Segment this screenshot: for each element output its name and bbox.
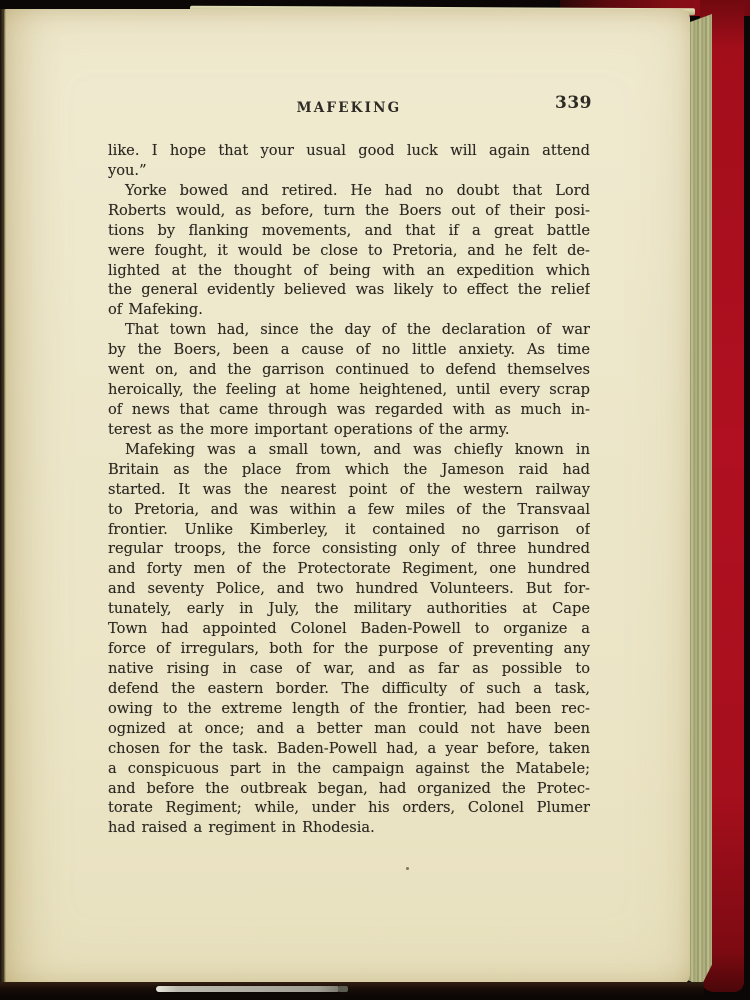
text-line: had raised a regiment in Rhodesia. xyxy=(108,818,590,838)
text-line: the general evidently believed was likel… xyxy=(108,280,590,300)
text-line: heroically, the feeling at home heighten… xyxy=(108,380,590,400)
text-line: owing to the extreme length of the front… xyxy=(108,699,590,719)
text-line: of Mafeking. xyxy=(108,300,590,320)
text-line: tions by flanking movements, and that if… xyxy=(108,221,590,241)
text-line: Mafeking was a small town, and was chief… xyxy=(108,440,590,460)
text-line: started. It was the nearest point of the… xyxy=(108,480,590,500)
text-line: tunately, early in July, the military au… xyxy=(108,599,590,619)
text-line: and seventy Police, and two hundred Volu… xyxy=(108,579,590,599)
text-line: went on, and the garrison continued to d… xyxy=(108,360,590,380)
text-line: a conspicuous part in the campaign again… xyxy=(108,759,590,779)
book-cradle-bar xyxy=(156,986,340,992)
text-line: you.” xyxy=(108,161,590,181)
text-line: ognized at once; and a better man could … xyxy=(108,719,590,739)
text-line: native rising in case of war, and as far… xyxy=(108,659,590,679)
running-title: MAFEKING xyxy=(297,100,402,116)
book-page: MAFEKING 339 like. I hope that your usua… xyxy=(4,9,690,986)
page-number: 339 xyxy=(555,93,592,113)
text-line: and before the outbreak began, had organ… xyxy=(108,779,590,799)
text-line: regular troops, the force consisting onl… xyxy=(108,539,590,559)
scanner-bed xyxy=(0,982,704,1000)
paragraph: That town had, since the day of the decl… xyxy=(108,320,590,440)
paragraph: Yorke bowed and retired. He had no doubt… xyxy=(108,181,590,320)
scanned-book-photo: MAFEKING 339 like. I hope that your usua… xyxy=(0,0,750,1000)
text-line: torate Regiment; while, under his orders… xyxy=(108,798,590,818)
text-line: That town had, since the day of the decl… xyxy=(108,320,590,340)
text-line: force of irregulars, both for the purpos… xyxy=(108,639,590,659)
text-line: Town had appointed Colonel Baden-Powell … xyxy=(108,619,590,639)
paragraph: like. I hope that your usual good luck w… xyxy=(108,141,590,181)
text-block: like. I hope that your usual good luck w… xyxy=(108,141,590,838)
text-line: and forty men of the Protectorate Regime… xyxy=(108,559,590,579)
ink-speck xyxy=(406,867,409,870)
text-line: lighted at the thought of being with an … xyxy=(108,261,590,281)
text-line: were fought, it would be close to Pretor… xyxy=(108,241,590,261)
text-line: like. I hope that your usual good luck w… xyxy=(108,141,590,161)
text-line: by the Boers, been a cause of no little … xyxy=(108,340,590,360)
text-line: of news that came through was regarded w… xyxy=(108,400,590,420)
paragraph: Mafeking was a small town, and was chief… xyxy=(108,440,590,838)
text-line: to Pretoria, and was within a few miles … xyxy=(108,500,590,520)
text-line: terest as the more important operations … xyxy=(108,420,590,440)
page-fore-edge-stack xyxy=(688,14,712,988)
text-line: defend the eastern border. The difficult… xyxy=(108,679,590,699)
text-line: Roberts would, as before, turn the Boers… xyxy=(108,201,590,221)
page-header: MAFEKING 339 xyxy=(108,97,590,115)
text-line: chosen for the task. Baden-Powell had, a… xyxy=(108,739,590,759)
printed-content: MAFEKING 339 like. I hope that your usua… xyxy=(108,97,590,838)
text-line: Britain as the place from which the Jame… xyxy=(108,460,590,480)
gutter-shadow xyxy=(0,9,6,986)
text-line: Yorke bowed and retired. He had no doubt… xyxy=(108,181,590,201)
text-line: frontier. Unlike Kimberley, it contained… xyxy=(108,520,590,540)
